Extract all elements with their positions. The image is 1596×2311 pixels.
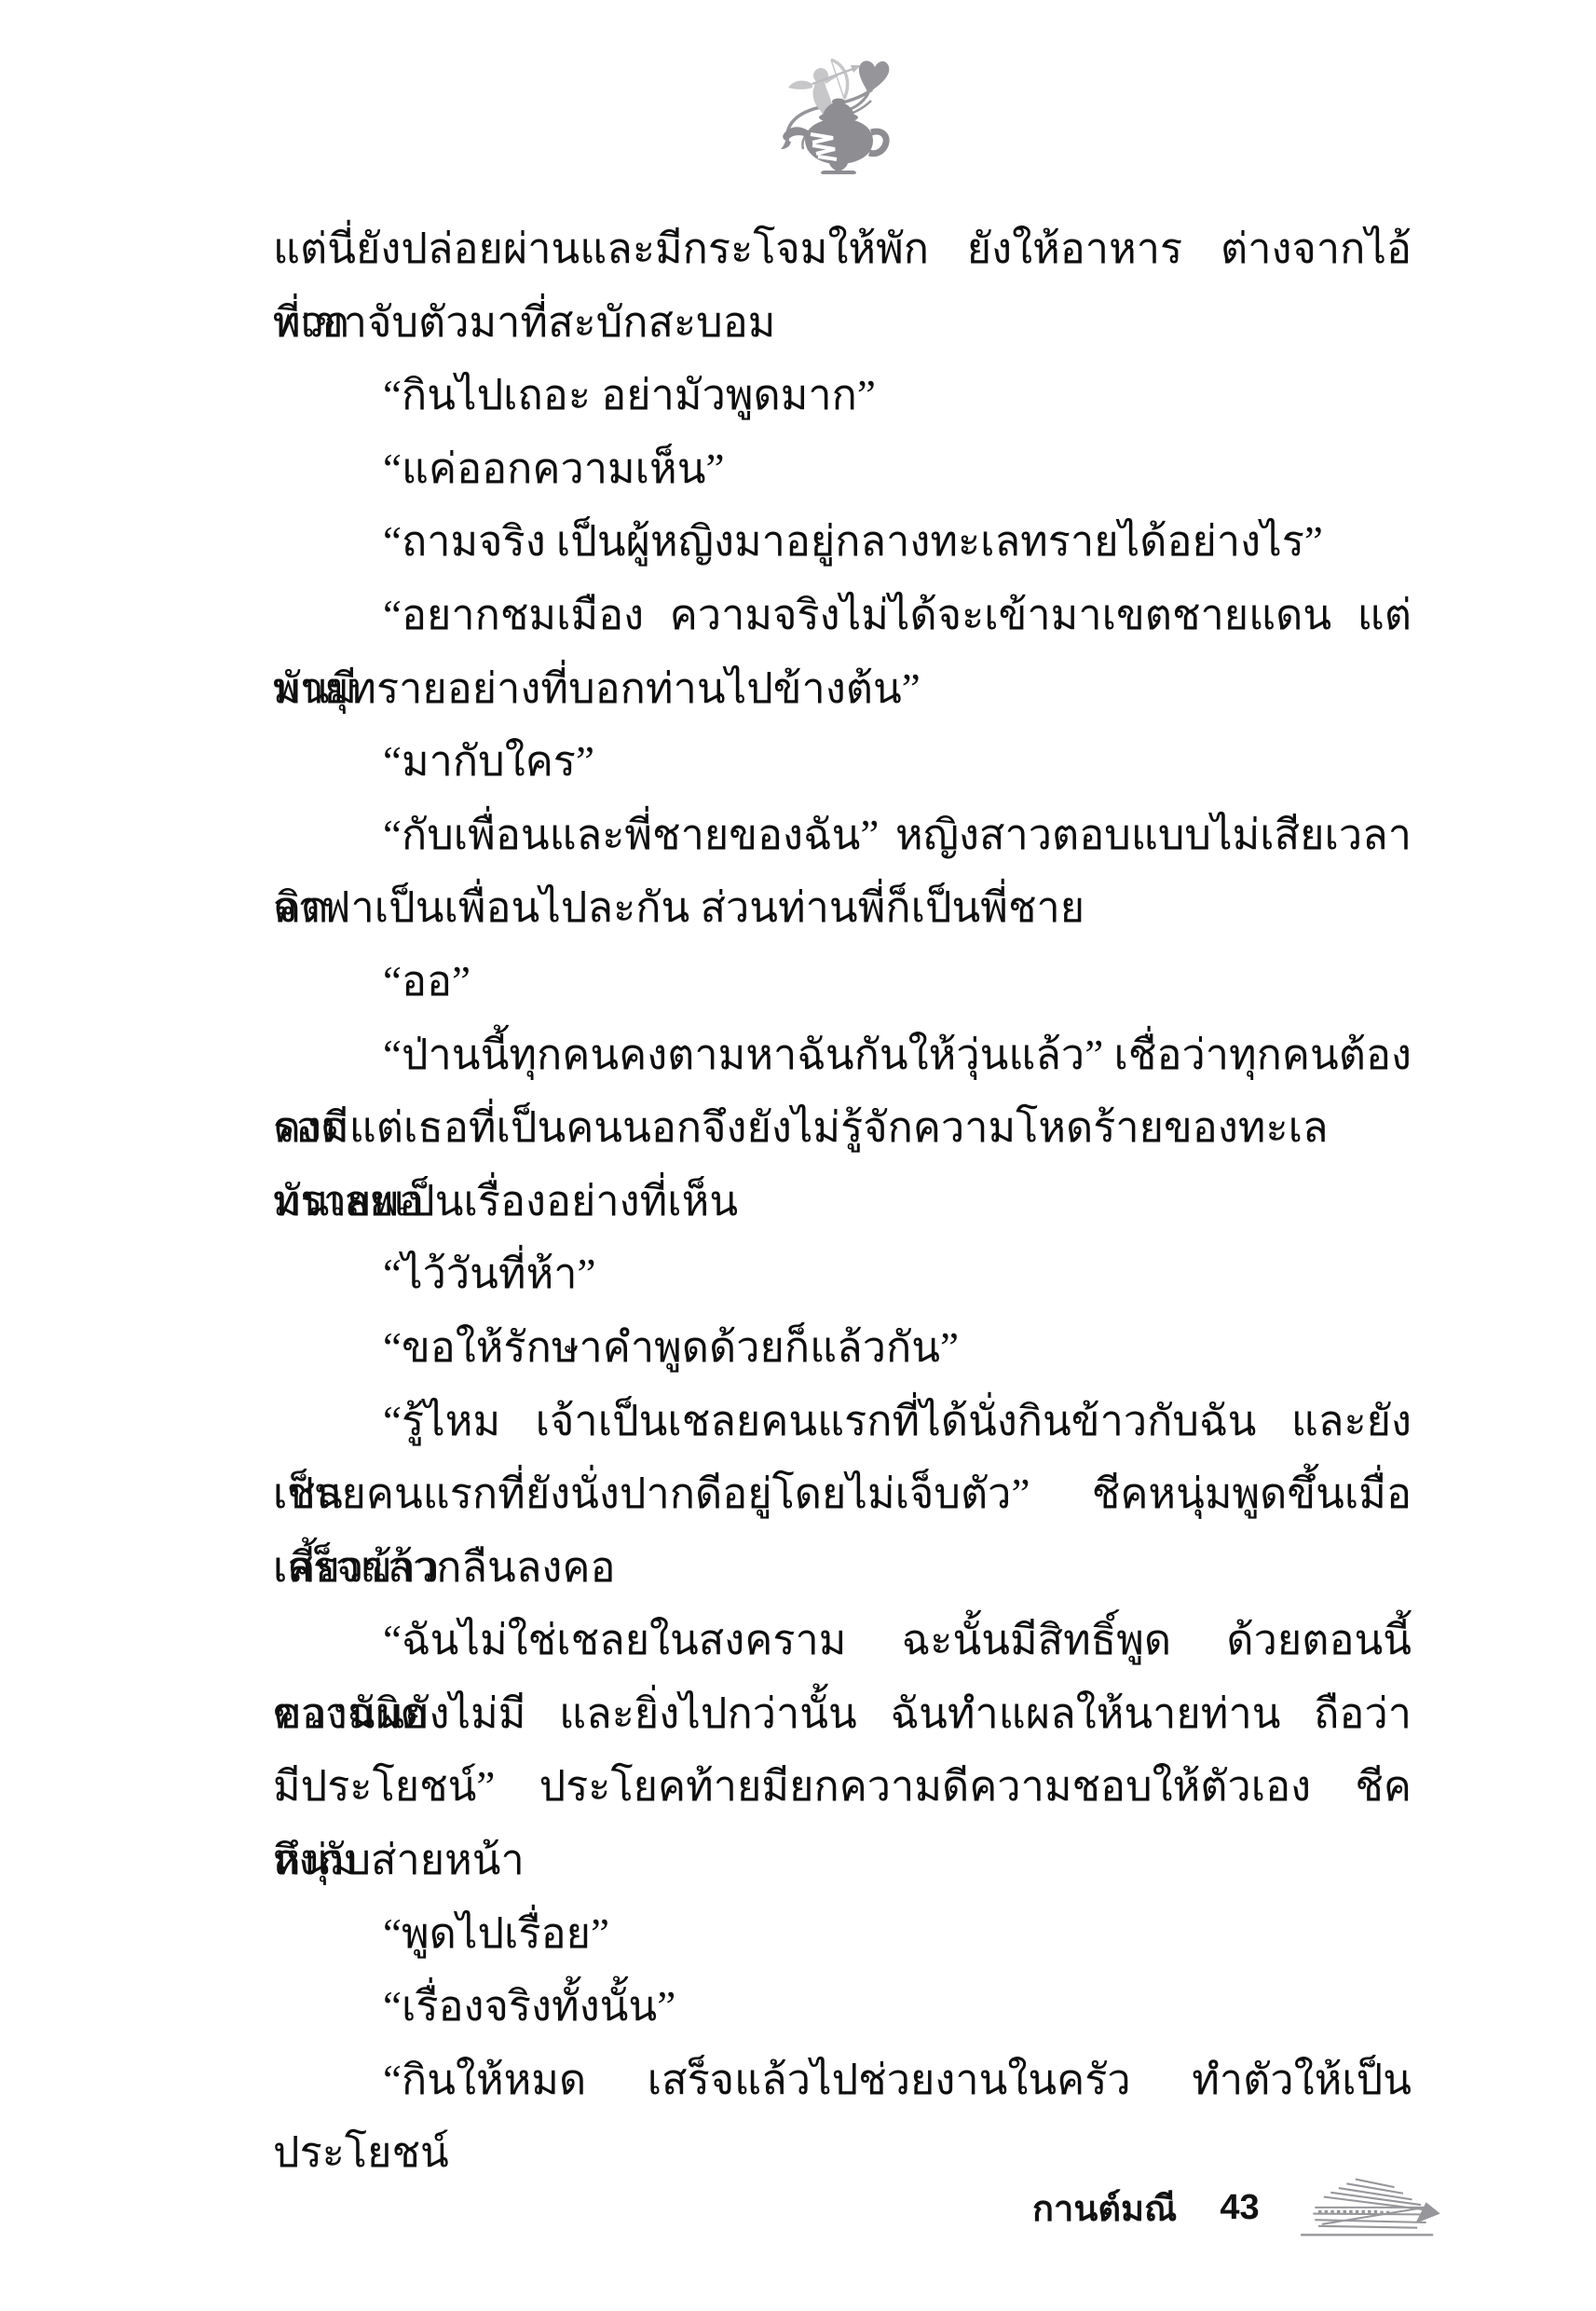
text-line: “กับเพื่อนและพี่ชายของฉัน” หญิงสาวตอบแบบ… [273, 799, 1412, 872]
text-line: “ฉันไม่ใช่เชลยในสงคราม ฉะนั้นมีสิทธิ์พูด… [273, 1604, 1412, 1677]
text-line: “ไว้วันที่ห้า” [273, 1238, 1412, 1311]
header-ornament [779, 52, 893, 175]
book-page: แต่นี่ยังปล่อยผ่านและมีกระโจมให้พัก ยังใ… [0, 0, 1596, 2311]
text-line: “พูดไปเรื่อย” [273, 1897, 1412, 1971]
text-line: มันเลยเป็นเรื่องอย่างที่เห็น [273, 1165, 1412, 1238]
text-line: “อยากชมเมือง ความจริงไม่ได้จะเข้ามาเขตชา… [273, 579, 1412, 652]
text-line: จาฟาเป็นเพื่อนไปละกัน ส่วนท่านพี่ก็เป็นพ… [273, 871, 1412, 945]
text-line: คงมีแต่เธอที่เป็นคนนอกจึงยังไม่รู้จักควา… [273, 1091, 1412, 1165]
footer-book-title: กานต์มณี [1032, 2180, 1177, 2236]
text-line: แต่นี่ยังปล่อยผ่านและมีกระโจมให้พัก ยังใ… [273, 212, 1412, 286]
text-line: เสร็จแล้วกลืนลงคอ [273, 1531, 1412, 1605]
text-line: ของฉันยังไม่มี และยิ่งไปกว่านั้น ฉันทำแผ… [273, 1677, 1412, 1751]
text-line: “ขอให้รักษาคำพูดด้วยก็แล้วกัน” [273, 1311, 1412, 1385]
text-line: “กินไปเถอะ อย่ามัวพูดมาก” [273, 359, 1412, 432]
text-line: “แค่ออกความเห็น” [273, 432, 1412, 506]
text-line: มีประโยชน์” ประโยคท้ายมียกความดีความชอบใ… [273, 1750, 1412, 1824]
text-line: “รู้ไหม เจ้าเป็นเชลยคนแรกที่ได้นั่งกินข้… [273, 1385, 1412, 1458]
genie-lamp-cupid-icon [779, 52, 893, 177]
text-line: “ป่านนี้ทุกคนคงตามหาฉันกันให้วุ่นแล้ว” เ… [273, 1019, 1412, 1092]
text-line: “กินให้หมด เสร็จแล้วไปช่วยงานในครัว ทำตั… [273, 2044, 1412, 2117]
heart-shape [859, 61, 890, 93]
text-line: “เรื่องจริงทั้งนั้น” [273, 1970, 1412, 2044]
text-line: “มากับใคร” [273, 725, 1412, 799]
footer-page-number: 43 [1220, 2188, 1259, 2228]
body-text: แต่นี่ยังปล่อยผ่านและมีกระโจมให้พัก ยังใ… [273, 212, 1412, 2116]
text-line: พายุทรายอย่างที่บอกท่านไปข้างต้น” [273, 652, 1412, 726]
text-line: เชลยคนแรกที่ยังนั่งปากดีอยู่โดยไม่เจ็บตั… [273, 1457, 1412, 1531]
text-line: ถึงกับส่ายหน้า [273, 1824, 1412, 1897]
ship-logo-icon [1295, 2172, 1444, 2244]
text-line: “ถามจริง เป็นผู้หญิงมาอยู่กลางทะเลทรายได… [273, 505, 1412, 579]
page-footer: กานต์มณี 43 [1032, 2175, 1444, 2240]
text-line: ที่เขาจับตัวมาที่สะบักสะบอม [273, 286, 1412, 360]
text-line: “ออ” [273, 945, 1412, 1019]
